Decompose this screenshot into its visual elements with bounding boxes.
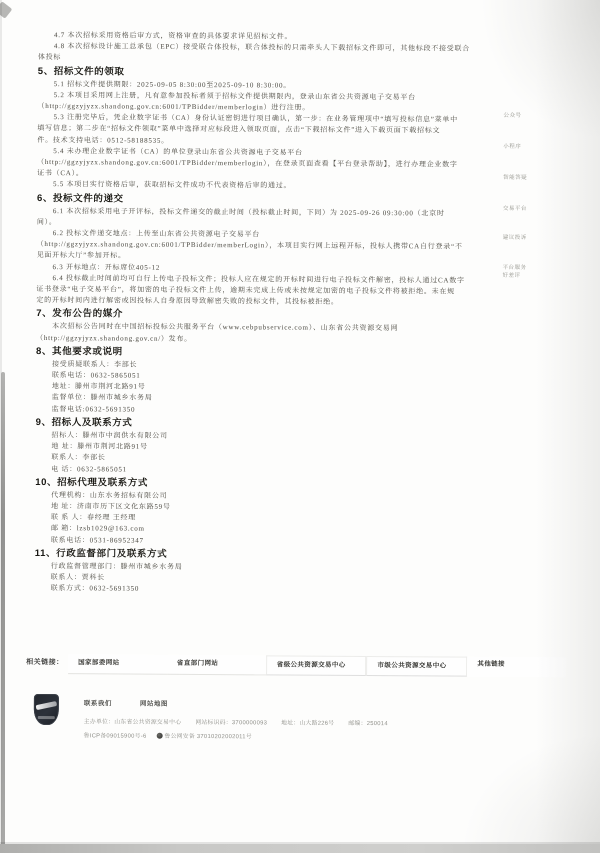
gongan-number: 鲁公网安备 37010202002011号 [164, 734, 251, 741]
gongan-entry: 鲁公网安备 37010202002011号 [156, 731, 251, 741]
footer-nav-link[interactable]: 联系我们 [84, 698, 112, 707]
site-footer: 联系我们网站地图 主办单位：山东省公共资源交易中心网站标识码：370000009… [34, 694, 534, 742]
margin-note: 建议投诉 [503, 234, 527, 242]
footer-info-item: 网站标识码：3700000093 [195, 717, 267, 726]
site-logo-icon [34, 694, 59, 725]
related-link[interactable]: 其他链接 [467, 657, 566, 678]
margin-note: 平台服务 好差评 [502, 264, 526, 280]
section-heading: 9、招标人及联系方式 [36, 416, 472, 432]
section-heading: 6、投标文件的递交 [37, 192, 473, 208]
related-link[interactable]: 省级公共资源交易中心 [266, 655, 367, 676]
scanned-tender-document-page: 4.7 本次招标采用资格后审方式，资格审查的具体要求详见招标文件。4.8 本次招… [0, 0, 600, 853]
related-link[interactable]: 国家部委网站 [68, 654, 167, 675]
scan-content: 4.7 本次招标采用资格后审方式，资格审查的具体要求详见招标文件。4.8 本次招… [0, 0, 600, 853]
doc-line: 联系方式：0632-5691350 [35, 583, 471, 597]
footer-info-item: 主办单位：山东省公共资源交易中心 [84, 716, 182, 726]
related-links-bar: 相关链接： 国家部委网站省直部门网站省级公共资源交易中心市级公共资源交易中心其他… [26, 654, 566, 677]
floating-sidebar-labels: 公众号小程序智能答疑交易平台建议投诉平台服务 好差评 [0, 0, 600, 3]
footer-info-item: 地址：山大路226号 [281, 717, 334, 726]
related-links-label: 相关链接： [26, 654, 68, 667]
footer-info-line: 主办单位：山东省公共资源交易中心网站标识码：3700000093地址：山大路22… [84, 716, 534, 728]
scan-left-edge-shadow [1, 372, 5, 850]
related-link[interactable]: 市级公共资源交易中心 [366, 656, 467, 677]
section-heading: 8、其他要求或说明 [36, 345, 472, 361]
icp-number: 鲁ICP备09015900号-6 [84, 730, 147, 739]
section-heading: 11、行政监督部门及联系方式 [35, 547, 471, 563]
document-body: 4.7 本次招标采用资格后审方式，资格审查的具体要求详见招标文件。4.8 本次招… [35, 30, 474, 597]
footer-nav-link[interactable]: 网站地图 [140, 699, 168, 708]
margin-note: 智能答疑 [503, 174, 527, 182]
section-heading: 7、发布公告的媒介 [36, 307, 472, 323]
footer-info-item: 邮编：250014 [348, 718, 387, 727]
footer-content: 联系我们网站地图 主办单位：山东省公共资源交易中心网站标识码：370000009… [84, 694, 534, 742]
footer-icp-line: 鲁ICP备09015900号-6 鲁公网安备 37010202002011号 [84, 730, 534, 742]
scanner-bed-edge [0, 844, 600, 853]
related-links-items: 国家部委网站省直部门网站省级公共资源交易中心市级公共资源交易中心其他链接 [68, 654, 566, 677]
related-link[interactable]: 省直部门网站 [167, 655, 266, 676]
margin-note: 小程序 [503, 143, 521, 151]
section-heading: 10、招标代理及联系方式 [35, 476, 471, 492]
footer-nav: 联系我们网站地图 [84, 698, 534, 710]
section-heading: 5、招标文件的领取 [38, 65, 474, 81]
margin-note: 交易平台 [503, 205, 527, 213]
margin-note: 公众号 [503, 112, 521, 120]
gongan-badge-icon [156, 733, 162, 739]
